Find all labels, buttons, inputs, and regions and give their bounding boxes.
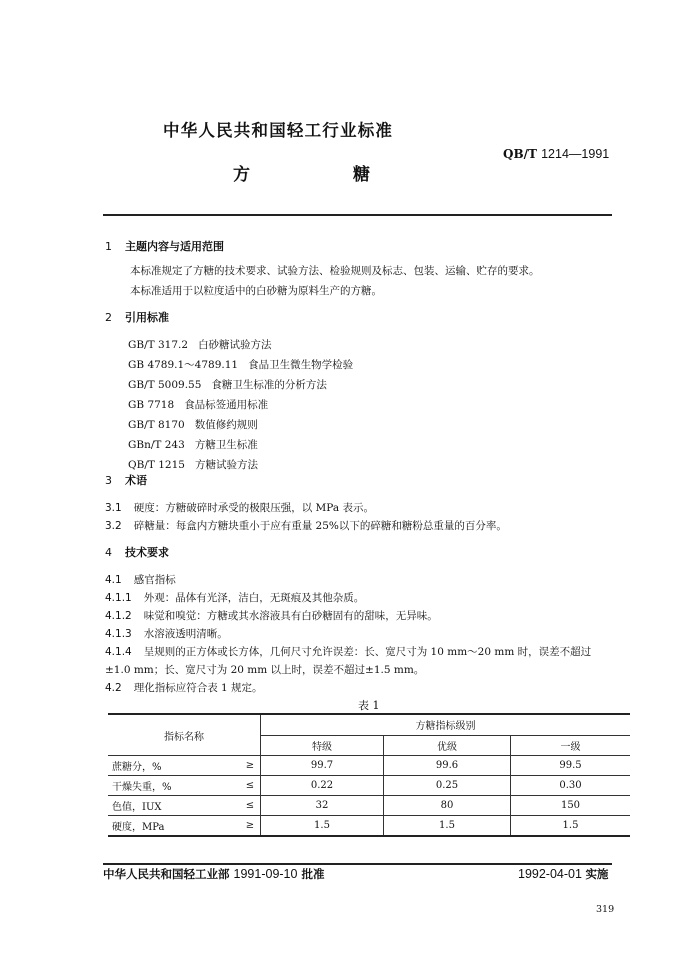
- grade-header: 一级: [511, 735, 631, 756]
- header-rule: [103, 214, 612, 216]
- clause-4-1-3: 4.1.3水溶液透明清晰。: [105, 626, 228, 641]
- clause-3-1: 3.1硬度：方糖破碎时承受的极限压强，以 MPa 表示。: [105, 500, 374, 515]
- standard-number: 1214—1991: [541, 147, 609, 161]
- section-3-heading: 3术语: [105, 472, 147, 488]
- grade-header: 优级: [384, 735, 511, 756]
- standard-code: QB/T 1214—1991: [503, 147, 609, 161]
- effective-date: 1992-04-01: [518, 867, 582, 881]
- ref-item: GB 4789.1～4789.11 食品卫生微生物学检验: [128, 357, 353, 372]
- section-2-heading: 2引用标准: [105, 309, 169, 325]
- standard-prefix: QB/T: [503, 147, 537, 161]
- ref-item: GB/T 5009.55 食糖卫生标准的分析方法: [128, 377, 327, 392]
- clause-4-1-2: 4.1.2味觉和嗅觉：方糖或其水溶液具有白砂糖固有的甜味，无异味。: [105, 608, 438, 623]
- table-row: 色值，IUX ≤ 32 80 150: [108, 796, 630, 816]
- issuer: 中华人民共和国轻工业部: [103, 867, 230, 881]
- table-caption: 表 1: [358, 697, 380, 713]
- section-1-paragraph-2: 本标准适用于以粒度适中的白砂糖为原料生产的方糖。: [130, 283, 382, 298]
- clause-3-2: 3.2碎糖量：每盒内方糖块重小于应有重量 25%以下的碎糖和糖粉总重量的百分率。: [105, 518, 507, 533]
- document-title-part2: 糖: [353, 160, 370, 185]
- ref-item: GB 7718 食品标签通用标准: [128, 397, 268, 412]
- table-row: 蔗糖分，% ≥ 99.7 99.6 99.5: [108, 756, 630, 776]
- approval-label: 批准: [301, 867, 324, 881]
- ref-item: GBn/T 243 方糖卫生标准: [128, 437, 258, 452]
- approval-line: 中华人民共和国轻工业部 1991-09-10 批准: [103, 866, 324, 882]
- ref-item: GB/T 317.2 白砂糖试验方法: [128, 337, 272, 352]
- col-header-name: 指标名称: [108, 714, 261, 756]
- col-group-header: 方糖指标级别: [261, 714, 631, 735]
- footer-rule: [103, 863, 612, 865]
- section-4-heading: 4技术要求: [105, 544, 169, 560]
- page-number: 319: [596, 904, 614, 915]
- ref-item: GB/T 8170 数值修约规则: [128, 417, 258, 432]
- grade-header: 特级: [261, 735, 384, 756]
- document-title-part1: 方: [233, 160, 250, 185]
- ref-item: QB/T 1215 方糖试验方法: [128, 457, 258, 472]
- clause-4-1: 4.1感官指标: [105, 572, 176, 587]
- table-row: 干燥失重，% ≤ 0.22 0.25 0.30: [108, 776, 630, 796]
- section-1-heading: 1主题内容与适用范围: [105, 238, 224, 254]
- issuing-body-title: 中华人民共和国轻工行业标准: [163, 117, 393, 141]
- section-1-paragraph-1: 本标准规定了方糖的技术要求、试验方法、检验规则及标志、包装、运输、贮存的要求。: [130, 263, 540, 278]
- clause-4-1-1: 4.1.1外观：晶体有光泽，洁白，无斑痕及其他杂质。: [105, 590, 364, 605]
- clause-4-1-4: 4.1.4呈规则的正方体或长方体，几何尺寸允许误差：长、宽尺寸为 10 mm～2…: [105, 644, 591, 659]
- approval-date: 1991-09-10: [234, 867, 298, 881]
- clause-4-1-4-continued: ±1.0 mm；长、宽尺寸为 20 mm 以上时，误差不超过±1.5 mm。: [105, 662, 424, 677]
- table-row: 硬度，MPa ≥ 1.5 1.5 1.5: [108, 816, 630, 837]
- effective-line: 1992-04-01 实施: [518, 866, 608, 882]
- effective-label: 实施: [585, 867, 608, 881]
- physicochemical-table: 指标名称 方糖指标级别 特级 优级 一级 蔗糖分，% ≥ 99.7 99.6 9…: [108, 713, 630, 837]
- clause-4-2: 4.2理化指标应符合表 1 规定。: [105, 680, 263, 695]
